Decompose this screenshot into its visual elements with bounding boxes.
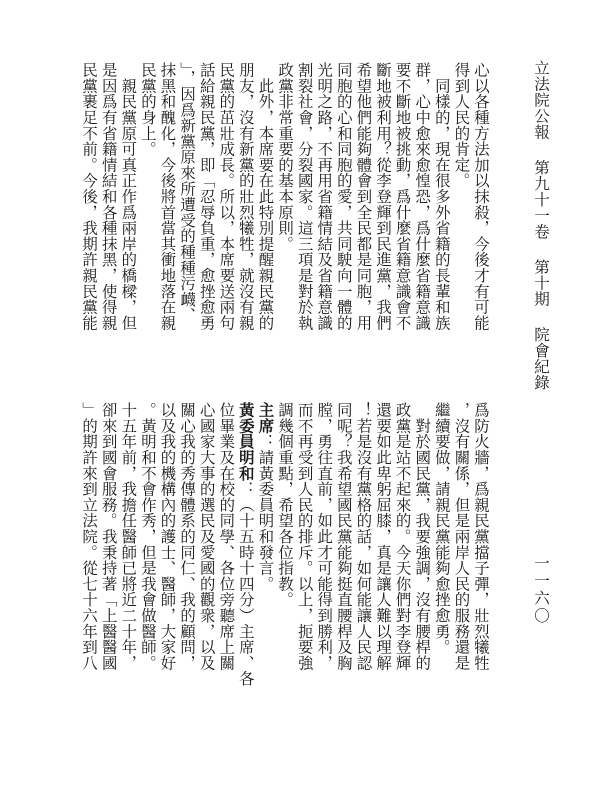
top-text-band: 心以各種方法加以抹殺，今後才有可能得到人民的肯定。 同樣的，現在很多外省籍的長輩…: [79, 62, 490, 392]
text-column: 斷地被利用？從李登輝到民進黨，我們: [372, 62, 392, 392]
text-column: 親民黨原可真正作爲兩岸的橋樑，但: [118, 62, 138, 392]
text-column: ，沒有關係，但是兩岸人民的服務還是: [451, 402, 471, 732]
text-column: 得到人民的肯定。: [451, 62, 471, 392]
text-column: 。黃明和不會作秀，但是我會做醫師。: [137, 402, 157, 732]
text-column: 民黨的身上。: [137, 62, 157, 392]
text-column: 同樣的，現在很多外省籍的長輩和族: [431, 62, 451, 392]
text-column: 同胞的心和同胞的愛，共同駛向一體的: [333, 62, 353, 392]
text-column: 對於國民黨，我要強調，沒有腰桿的: [412, 402, 432, 732]
text-column: 而不再受到人民的排斥。以上，扼要強: [294, 402, 314, 732]
page-header: 立法院公報 第九十一卷 第十期 院會紀錄: [530, 60, 552, 390]
text-column: 爲防火牆，爲親民黨擋子彈，壯烈犧牲: [470, 402, 490, 732]
text-column: 位畢業及在校的同學、各位旁聽席上關: [216, 402, 236, 732]
text-column: 民黨裹足不前。今後，我期許親民黨能: [79, 62, 99, 392]
speaker-name: 黃委員明和: [237, 402, 255, 481]
text-column: 主席：請黃委員明和發言。: [255, 402, 275, 732]
text-column: 希望他們能夠體會到全民都是同胞，用: [353, 62, 373, 392]
page-number: 一一六〇: [530, 555, 552, 625]
volume-label: 第九十一卷: [532, 159, 550, 239]
speaker-name: 主席: [256, 402, 274, 434]
text-column: 此外，本席要在此特別提醒親民黨的: [255, 62, 275, 392]
issue-label: 第十期: [532, 259, 550, 307]
text-column: ！若是沒有黨格的話，如何能讓人民認: [353, 402, 373, 732]
text-column: 政黨非常重要的基本原則。: [274, 62, 294, 392]
bottom-text-band: 爲防火牆，爲親民黨擋子彈，壯烈犧牲，沒有關係，但是兩岸人民的服務還是繼續要做，請…: [79, 402, 490, 732]
text-column: 關心我的秀傳體系的同仁、我的顧問，: [177, 402, 197, 732]
section-label: 院會紀錄: [532, 326, 550, 390]
text-column: 抹黑和醜化，今後將首當其衝地落在親: [157, 62, 177, 392]
text-column: 同呢？我希望國民黨能夠挺直腰桿及胸: [333, 402, 353, 732]
text-column: 」的期許來到立法院。從七十六年到八: [79, 402, 99, 732]
text-column: 黃委員明和：（十五時十四分）主席、各: [235, 402, 255, 732]
text-column: 政黨是站不起來的。今天你們對李登輝: [392, 402, 412, 732]
text-column: 話給親民黨，即「忍辱負重，愈挫愈勇: [196, 62, 216, 392]
text-column: 光明之路，不再用省籍情結及省籍意識: [314, 62, 334, 392]
text-column: 心國家大事的選民及愛國的觀衆，以及: [196, 402, 216, 732]
text-column: 心以各種方法加以抹殺，今後才有可能: [470, 62, 490, 392]
text-column: 群，心中愈來愈惶恐，爲什麼省籍意識: [412, 62, 432, 392]
text-column: 朋友，沒有新黨的壯烈犧牲，就沒有親: [235, 62, 255, 392]
text-column: 膛，勇往直前，如此才可能得到勝利，: [314, 402, 334, 732]
text-column: 要不斷地被挑動，爲什麼省籍意識會不: [392, 62, 412, 392]
text-column: 卻來到國會服務。我秉持著「上醫醫國: [98, 402, 118, 732]
text-column: 以及我的機構內的護士、醫師，大家好: [157, 402, 177, 732]
text-column: 民黨的茁壯成長。所以，本席要送兩句: [216, 62, 236, 392]
text-column: 還要如此卑躬屈膝，真是讓人難以理解: [372, 402, 392, 732]
text-column: 」，因爲新黨原來所遭受的種種污衊、: [177, 62, 197, 392]
text-column: 調幾個重點，希望各位指教。: [274, 402, 294, 732]
text-column: 繼續要做，請親民黨能夠愈挫愈勇。: [431, 402, 451, 732]
text-column: 十五年前，我擔任醫師已將近二十年，: [118, 402, 138, 732]
text-column: 割裂社會，分裂國家。這三項是對於執: [294, 62, 314, 392]
publication-title: 立法院公報: [532, 60, 550, 140]
text-column: 是因爲有省籍情結和各種抹黑，使得親: [98, 62, 118, 392]
